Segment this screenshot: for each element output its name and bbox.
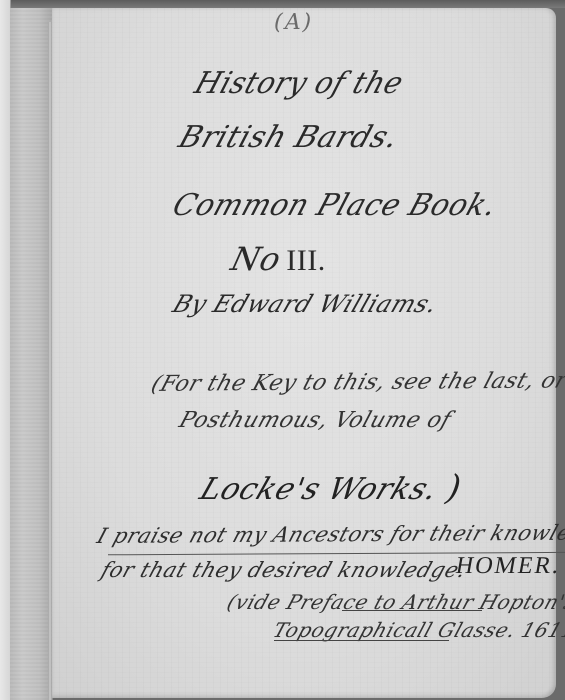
manuscript-scan: (A) History of the British Bards. Common… [0, 0, 565, 700]
lockes-works: Locke's Works. [195, 472, 443, 507]
note-line-3: Locke's Works. ) [195, 468, 469, 508]
note-line-2: Posthumous, Volume of [176, 408, 454, 433]
manuscript-page: (A) History of the British Bards. Common… [52, 8, 556, 698]
closing-paren: ) [440, 468, 468, 508]
scan-top-edge [0, 0, 565, 8]
book-spine-guard [10, 8, 53, 700]
title-line-2: British Bards. [174, 120, 403, 155]
title-line-3: Common Place Book. [168, 188, 501, 223]
citation-underline-2 [274, 640, 449, 641]
volume-roman-numeral: III. [286, 244, 325, 277]
author-line: By Edward Williams. [169, 290, 442, 318]
citation-line-2: Topographicall Glasse. 1611.) [270, 618, 565, 642]
volume-prefix: No [227, 240, 285, 278]
quotation-line-1: I praise not my Ancestors for their know… [94, 520, 565, 548]
quotation-line-2: for that they desired knowledge. [98, 558, 469, 582]
folio-mark: (A) [271, 10, 315, 35]
volume-number: NoIII. [232, 240, 326, 278]
title-line-1: History of the [190, 66, 407, 101]
citation-underline-1 [342, 610, 482, 611]
note-line-1: (For the Key to this, see the last, or [148, 368, 565, 397]
quotation-attribution: HOMER. [454, 553, 563, 580]
